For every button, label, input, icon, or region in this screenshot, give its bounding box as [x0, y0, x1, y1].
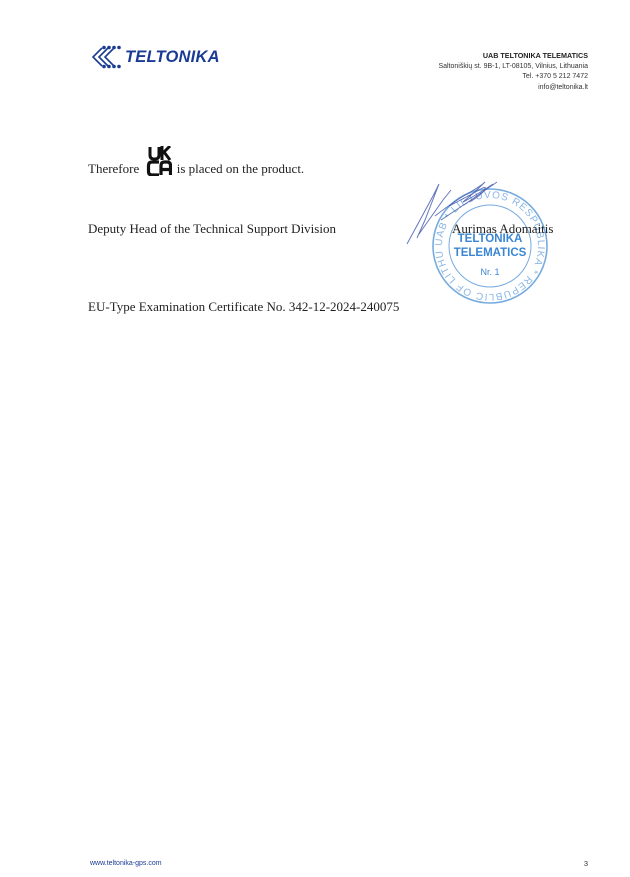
logo-text: TELTONIKA — [125, 48, 220, 67]
certificate-number: EU-Type Examination Certificate No. 342-… — [88, 299, 399, 315]
signatory-title: Deputy Head of the Technical Support Div… — [88, 221, 336, 237]
company-email: info@teltonika.lt — [438, 83, 588, 94]
company-details: UAB TELTONIKA TELEMATICS Saltoniškių st.… — [438, 51, 588, 93]
stamp-number: Nr. 1 — [480, 267, 499, 277]
ukca-mark-icon — [146, 154, 172, 176]
company-phone: Tel. +370 5 212 7472 — [438, 72, 588, 83]
stamp-line2: TELEMATICS — [454, 247, 527, 259]
company-name: UAB TELTONIKA TELEMATICS — [438, 51, 588, 62]
teltonika-chevron-logo-icon — [90, 45, 124, 69]
page-number: 3 — [584, 859, 588, 868]
ukca-statement: Therefore is placed on the product. — [88, 154, 304, 177]
therefore-prefix: Therefore — [88, 161, 139, 176]
signer-name: Aurimas Adomaitis — [452, 221, 553, 237]
therefore-suffix: is placed on the product. — [177, 161, 304, 176]
footer-website-link[interactable]: www.teltonika-gps.com — [90, 860, 162, 867]
company-address: Saltoniškių st. 9B-1, LT-08105, Vilnius,… — [438, 62, 588, 73]
teltonika-logo: TELTONIKA — [90, 44, 220, 70]
